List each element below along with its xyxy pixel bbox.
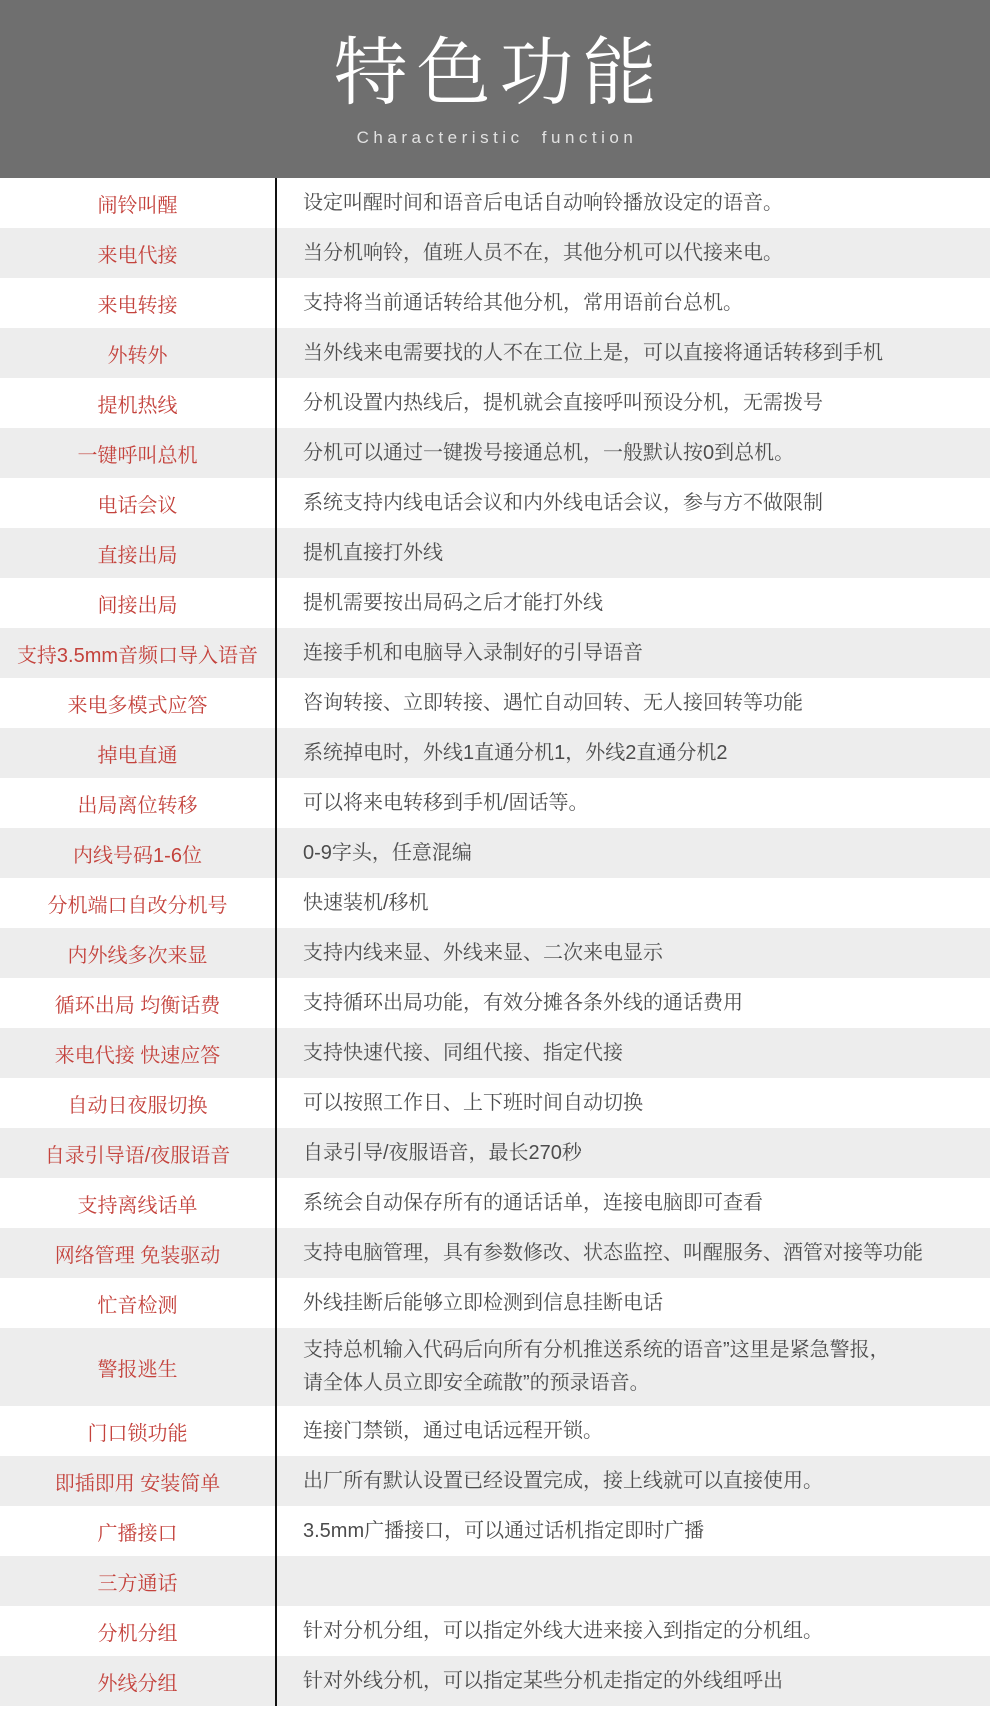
feature-description: 支持快速代接、同组代接、指定代接	[277, 1028, 990, 1078]
feature-description: 分机可以通过一键拨号接通总机，一般默认按0到总机。	[277, 428, 990, 478]
table-row: 直接出局 提机直接打外线	[0, 528, 990, 578]
feature-name: 掉电直通	[0, 728, 277, 778]
table-row: 来电转接 支持将当前通话转给其他分机，常用语前台总机。	[0, 278, 990, 328]
table-row: 支持3.5mm音频口导入语音 连接手机和电脑导入录制好的引导语音	[0, 628, 990, 678]
table-row: 闹铃叫醒 设定叫醒时间和语音后电话自动响铃播放设定的语音。	[0, 178, 990, 228]
table-row: 内线号码1-6位 0-9字头，任意混编	[0, 828, 990, 878]
table-row: 电话会议 系统支持内线电话会议和内外线电话会议，参与方不做限制	[0, 478, 990, 528]
feature-name: 支持3.5mm音频口导入语音	[0, 628, 277, 678]
feature-description: 支持总机输入代码后向所有分机推送系统的语音”这里是紧急警报， 请全体人员立即安全…	[277, 1328, 990, 1406]
feature-name: 即插即用 安装简单	[0, 1456, 277, 1506]
feature-description: 系统会自动保存所有的通话话单，连接电脑即可查看	[277, 1178, 990, 1228]
feature-description: 支持循环出局功能，有效分摊各条外线的通话费用	[277, 978, 990, 1028]
feature-description: 当分机响铃，值班人员不在，其他分机可以代接来电。	[277, 228, 990, 278]
table-row: 来电代接 当分机响铃，值班人员不在，其他分机可以代接来电。	[0, 228, 990, 278]
table-row: 自录引导语/夜服语音 自录引导/夜服语音，最长270秒	[0, 1128, 990, 1178]
feature-name: 出局离位转移	[0, 778, 277, 828]
feature-name: 自动日夜服切换	[0, 1078, 277, 1128]
feature-name: 闹铃叫醒	[0, 178, 277, 228]
table-row: 外转外 当外线来电需要找的人不在工位上是，可以直接将通话转移到手机	[0, 328, 990, 378]
feature-description: 3.5mm广播接口，可以通过话机指定即时广播	[277, 1506, 990, 1556]
feature-name: 来电转接	[0, 278, 277, 328]
feature-description: 支持将当前通话转给其他分机，常用语前台总机。	[277, 278, 990, 328]
feature-name: 来电代接 快速应答	[0, 1028, 277, 1078]
feature-description: 系统掉电时，外线1直通分机1，外线2直通分机2	[277, 728, 990, 778]
feature-name: 循环出局 均衡话费	[0, 978, 277, 1028]
feature-description: 出厂所有默认设置已经设置完成，接上线就可以直接使用。	[277, 1456, 990, 1506]
feature-name: 间接出局	[0, 578, 277, 628]
feature-name: 自录引导语/夜服语音	[0, 1128, 277, 1178]
page: 特色功能 Characteristic function 闹铃叫醒 设定叫醒时间…	[0, 0, 990, 1732]
table-row: 忙音检测 外线挂断后能够立即检测到信息挂断电话	[0, 1278, 990, 1328]
feature-description: 分机设置内热线后，提机就会直接呼叫预设分机，无需拨号	[277, 378, 990, 428]
feature-description: 支持内线来显、外线来显、二次来电显示	[277, 928, 990, 978]
feature-name: 网络管理 免装驱动	[0, 1228, 277, 1278]
table-row: 门口锁功能 连接门禁锁，通过电话远程开锁。	[0, 1406, 990, 1456]
feature-name: 电话会议	[0, 478, 277, 528]
feature-description: 自录引导/夜服语音，最长270秒	[277, 1128, 990, 1178]
feature-name: 来电多模式应答	[0, 678, 277, 728]
table-row: 间接出局 提机需要按出局码之后才能打外线	[0, 578, 990, 628]
page-title: 特色功能	[325, 36, 666, 110]
table-row: 警报逃生 支持总机输入代码后向所有分机推送系统的语音”这里是紧急警报， 请全体人…	[0, 1328, 990, 1406]
feature-description: 针对分机分组，可以指定外线大进来接入到指定的分机组。	[277, 1606, 990, 1656]
feature-name: 内外线多次来显	[0, 928, 277, 978]
feature-name: 分机端口自改分机号	[0, 878, 277, 928]
feature-description: 提机需要按出局码之后才能打外线	[277, 578, 990, 628]
table-row: 网络管理 免装驱动 支持电脑管理，具有参数修改、状态监控、叫醒服务、酒管对接等功…	[0, 1228, 990, 1278]
feature-description: 提机直接打外线	[277, 528, 990, 578]
table-row: 循环出局 均衡话费 支持循环出局功能，有效分摊各条外线的通话费用	[0, 978, 990, 1028]
feature-description: 外线挂断后能够立即检测到信息挂断电话	[277, 1278, 990, 1328]
feature-name: 外转外	[0, 328, 277, 378]
table-row: 出局离位转移 可以将来电转移到手机/固话等。	[0, 778, 990, 828]
feature-description: 可以将来电转移到手机/固话等。	[277, 778, 990, 828]
feature-description	[277, 1556, 990, 1606]
feature-table: 闹铃叫醒 设定叫醒时间和语音后电话自动响铃播放设定的语音。 来电代接 当分机响铃…	[0, 178, 990, 1706]
feature-description: 系统支持内线电话会议和内外线电话会议，参与方不做限制	[277, 478, 990, 528]
feature-description: 支持电脑管理，具有参数修改、状态监控、叫醒服务、酒管对接等功能	[277, 1228, 990, 1278]
feature-description: 0-9字头，任意混编	[277, 828, 990, 878]
feature-description: 当外线来电需要找的人不在工位上是，可以直接将通话转移到手机	[277, 328, 990, 378]
table-row: 分机端口自改分机号 快速装机/移机	[0, 878, 990, 928]
table-row: 自动日夜服切换 可以按照工作日、上下班时间自动切换	[0, 1078, 990, 1128]
table-row: 掉电直通 系统掉电时，外线1直通分机1，外线2直通分机2	[0, 728, 990, 778]
table-row: 一键呼叫总机 分机可以通过一键拨号接通总机，一般默认按0到总机。	[0, 428, 990, 478]
feature-name: 提机热线	[0, 378, 277, 428]
table-row: 来电代接 快速应答 支持快速代接、同组代接、指定代接	[0, 1028, 990, 1078]
feature-name: 来电代接	[0, 228, 277, 278]
feature-description: 快速装机/移机	[277, 878, 990, 928]
table-row: 广播接口 3.5mm广播接口，可以通过话机指定即时广播	[0, 1506, 990, 1556]
feature-name: 三方通话	[0, 1556, 277, 1606]
table-row: 来电多模式应答 咨询转接、立即转接、遇忙自动回转、无人接回转等功能	[0, 678, 990, 728]
feature-name: 分机分组	[0, 1606, 277, 1656]
feature-description: 可以按照工作日、上下班时间自动切换	[277, 1078, 990, 1128]
feature-name: 门口锁功能	[0, 1406, 277, 1456]
page-header: 特色功能 Characteristic function	[0, 0, 990, 178]
table-row: 三方通话	[0, 1556, 990, 1606]
feature-description: 针对外线分机，可以指定某些分机走指定的外线组呼出	[277, 1656, 990, 1706]
feature-description: 连接门禁锁，通过电话远程开锁。	[277, 1406, 990, 1456]
table-row: 支持离线话单 系统会自动保存所有的通话话单，连接电脑即可查看	[0, 1178, 990, 1228]
feature-name: 直接出局	[0, 528, 277, 578]
table-row: 外线分组 针对外线分机，可以指定某些分机走指定的外线组呼出	[0, 1656, 990, 1706]
feature-description: 咨询转接、立即转接、遇忙自动回转、无人接回转等功能	[277, 678, 990, 728]
feature-name: 外线分组	[0, 1656, 277, 1706]
feature-description: 连接手机和电脑导入录制好的引导语音	[277, 628, 990, 678]
table-row: 内外线多次来显 支持内线来显、外线来显、二次来电显示	[0, 928, 990, 978]
feature-name: 支持离线话单	[0, 1178, 277, 1228]
feature-name: 广播接口	[0, 1506, 277, 1556]
feature-name: 内线号码1-6位	[0, 828, 277, 878]
table-row: 分机分组 针对分机分组，可以指定外线大进来接入到指定的分机组。	[0, 1606, 990, 1656]
feature-name: 忙音检测	[0, 1278, 277, 1328]
feature-name: 一键呼叫总机	[0, 428, 277, 478]
feature-description: 设定叫醒时间和语音后电话自动响铃播放设定的语音。	[277, 178, 990, 228]
table-row: 提机热线 分机设置内热线后，提机就会直接呼叫预设分机，无需拨号	[0, 378, 990, 428]
feature-name: 警报逃生	[0, 1328, 277, 1406]
page-subtitle: Characteristic function	[353, 128, 638, 148]
table-row: 即插即用 安装简单 出厂所有默认设置已经设置完成，接上线就可以直接使用。	[0, 1456, 990, 1506]
